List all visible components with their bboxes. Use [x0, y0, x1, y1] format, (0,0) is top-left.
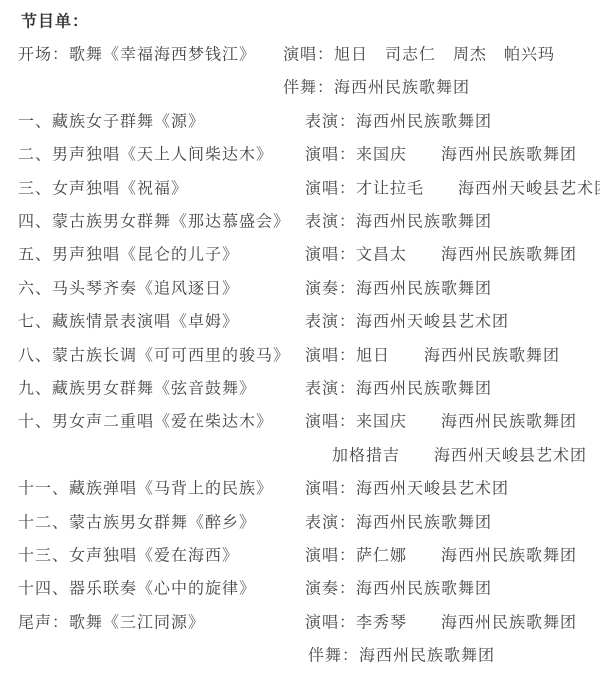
program-item-title: 一、藏族女子群舞《源》 [18, 108, 205, 131]
program-row-3: 三、女声独唱《祝福》 演唱：才让拉毛 海西州天峻县艺术团 [0, 170, 600, 203]
program-performers: 演唱：海西州天峻县艺术团 [305, 476, 509, 499]
program-item-title: 四、蒙古族男女群舞《那达慕盛会》 [18, 209, 290, 232]
program-row-14: 十四、器乐联奏《心中的旋律》 演奏：海西州民族歌舞团 [0, 571, 600, 604]
program-performers: 表演：海西州民族歌舞团 [305, 375, 492, 398]
program-row-12: 十二、蒙古族男女群舞《醉乡》 表演：海西州民族歌舞团 [0, 504, 600, 537]
program-item-title: 九、藏族男女群舞《弦音鼓舞》 [18, 375, 256, 398]
program-row-4: 四、蒙古族男女群舞《那达慕盛会》 表演：海西州民族歌舞团 [0, 203, 600, 236]
program-performers: 伴舞：海西州民族歌舞团 [308, 643, 495, 666]
program-performers: 演唱：文昌太 海西州民族歌舞团 [305, 242, 577, 265]
program-performers: 演奏：海西州民族歌舞团 [305, 576, 492, 599]
program-item-title: 三、女声独唱《祝福》 [18, 175, 188, 198]
document-page: 节目单： 开场：歌舞《幸福海西梦钱江》 演唱：旭日 司志仁 周杰 帕兴玛 伴舞：… [0, 0, 600, 699]
program-title-row: 节目单： [0, 3, 600, 36]
program-performers: 演唱：来国庆 海西州民族歌舞团 [305, 142, 577, 165]
program-row-11: 十一、藏族弹唱《马背上的民族》 演唱：海西州天峻县艺术团 [0, 470, 600, 503]
program-row-opening: 开场：歌舞《幸福海西梦钱江》 演唱：旭日 司志仁 周杰 帕兴玛 [0, 36, 600, 69]
program-item-title: 开场：歌舞《幸福海西梦钱江》 [18, 42, 256, 65]
program-row-10: 十、男女声二重唱《爱在柴达木》 演唱：来国庆 海西州民族歌舞团 [0, 404, 600, 437]
program-performers: 伴舞：海西州民族歌舞团 [283, 75, 470, 98]
program-performers: 演唱：来国庆 海西州民族歌舞团 [305, 409, 577, 432]
program-performers: 表演：海西州民族歌舞团 [305, 509, 492, 532]
program-row-1: 一、藏族女子群舞《源》 表演：海西州民族歌舞团 [0, 103, 600, 136]
program-performers: 表演：海西州民族歌舞团 [305, 108, 492, 131]
program-performers: 表演：海西州天峻县艺术团 [305, 309, 509, 332]
program-performers: 演唱：才让拉毛 海西州天峻县艺术团 [305, 175, 600, 198]
program-row-8: 八、蒙古族长调《可可西里的骏马》 演唱：旭日 海西州民族歌舞团 [0, 337, 600, 370]
program-row-finale: 尾声：歌舞《三江同源》 演唱：李秀琴 海西州民族歌舞团 [0, 604, 600, 637]
program-row-2: 二、男声独唱《天上人间柴达木》 演唱：来国庆 海西州民族歌舞团 [0, 137, 600, 170]
program-row-13: 十三、女声独唱《爱在海西》 演唱：萨仁娜 海西州民族歌舞团 [0, 537, 600, 570]
program-item-title: 尾声：歌舞《三江同源》 [18, 609, 205, 632]
program-item-title: 十三、女声独唱《爱在海西》 [18, 542, 239, 565]
program-row-5: 五、男声独唱《昆仑的儿子》 演唱：文昌太 海西州民族歌舞团 [0, 237, 600, 270]
program-performers: 加格措吉 海西州天峻县艺术团 [332, 442, 587, 465]
program-row-10-continuation: 加格措吉 海西州天峻县艺术团 [0, 437, 600, 470]
program-item-title: 十、男女声二重唱《爱在柴达木》 [18, 409, 273, 432]
program-performers: 演唱：旭日 海西州民族歌舞团 [305, 342, 560, 365]
program-performers: 演奏：海西州民族歌舞团 [305, 275, 492, 298]
program-item-title: 六、马头琴齐奏《追风逐日》 [18, 275, 239, 298]
program-row-opening-dancers: 伴舞：海西州民族歌舞团 [0, 70, 600, 103]
program-item-title: 十四、器乐联奏《心中的旋律》 [18, 576, 256, 599]
program-row-7: 七、藏族情景表演唱《卓姆》 表演：海西州天峻县艺术团 [0, 304, 600, 337]
program-item-title: 十二、蒙古族男女群舞《醉乡》 [18, 509, 256, 532]
program-row-finale-dancers: 伴舞：海西州民族歌舞团 [0, 637, 600, 670]
program-row-6: 六、马头琴齐奏《追风逐日》 演奏：海西州民族歌舞团 [0, 270, 600, 303]
program-item-title: 八、蒙古族长调《可可西里的骏马》 [18, 342, 290, 365]
program-performers: 演唱：李秀琴 海西州民族歌舞团 [305, 609, 577, 632]
program-item-title: 五、男声独唱《昆仑的儿子》 [18, 242, 239, 265]
program-performers: 演唱：萨仁娜 海西州民族歌舞团 [305, 542, 577, 565]
program-performers: 表演：海西州民族歌舞团 [305, 209, 492, 232]
program-item-title: 二、男声独唱《天上人间柴达木》 [18, 142, 273, 165]
program-item-title: 七、藏族情景表演唱《卓姆》 [18, 309, 239, 332]
program-item-title: 十一、藏族弹唱《马背上的民族》 [18, 476, 273, 499]
program-performers: 演唱：旭日 司志仁 周杰 帕兴玛 [283, 42, 555, 65]
program-row-9: 九、藏族男女群舞《弦音鼓舞》 表演：海西州民族歌舞团 [0, 370, 600, 403]
page-title: 节目单： [21, 8, 89, 31]
